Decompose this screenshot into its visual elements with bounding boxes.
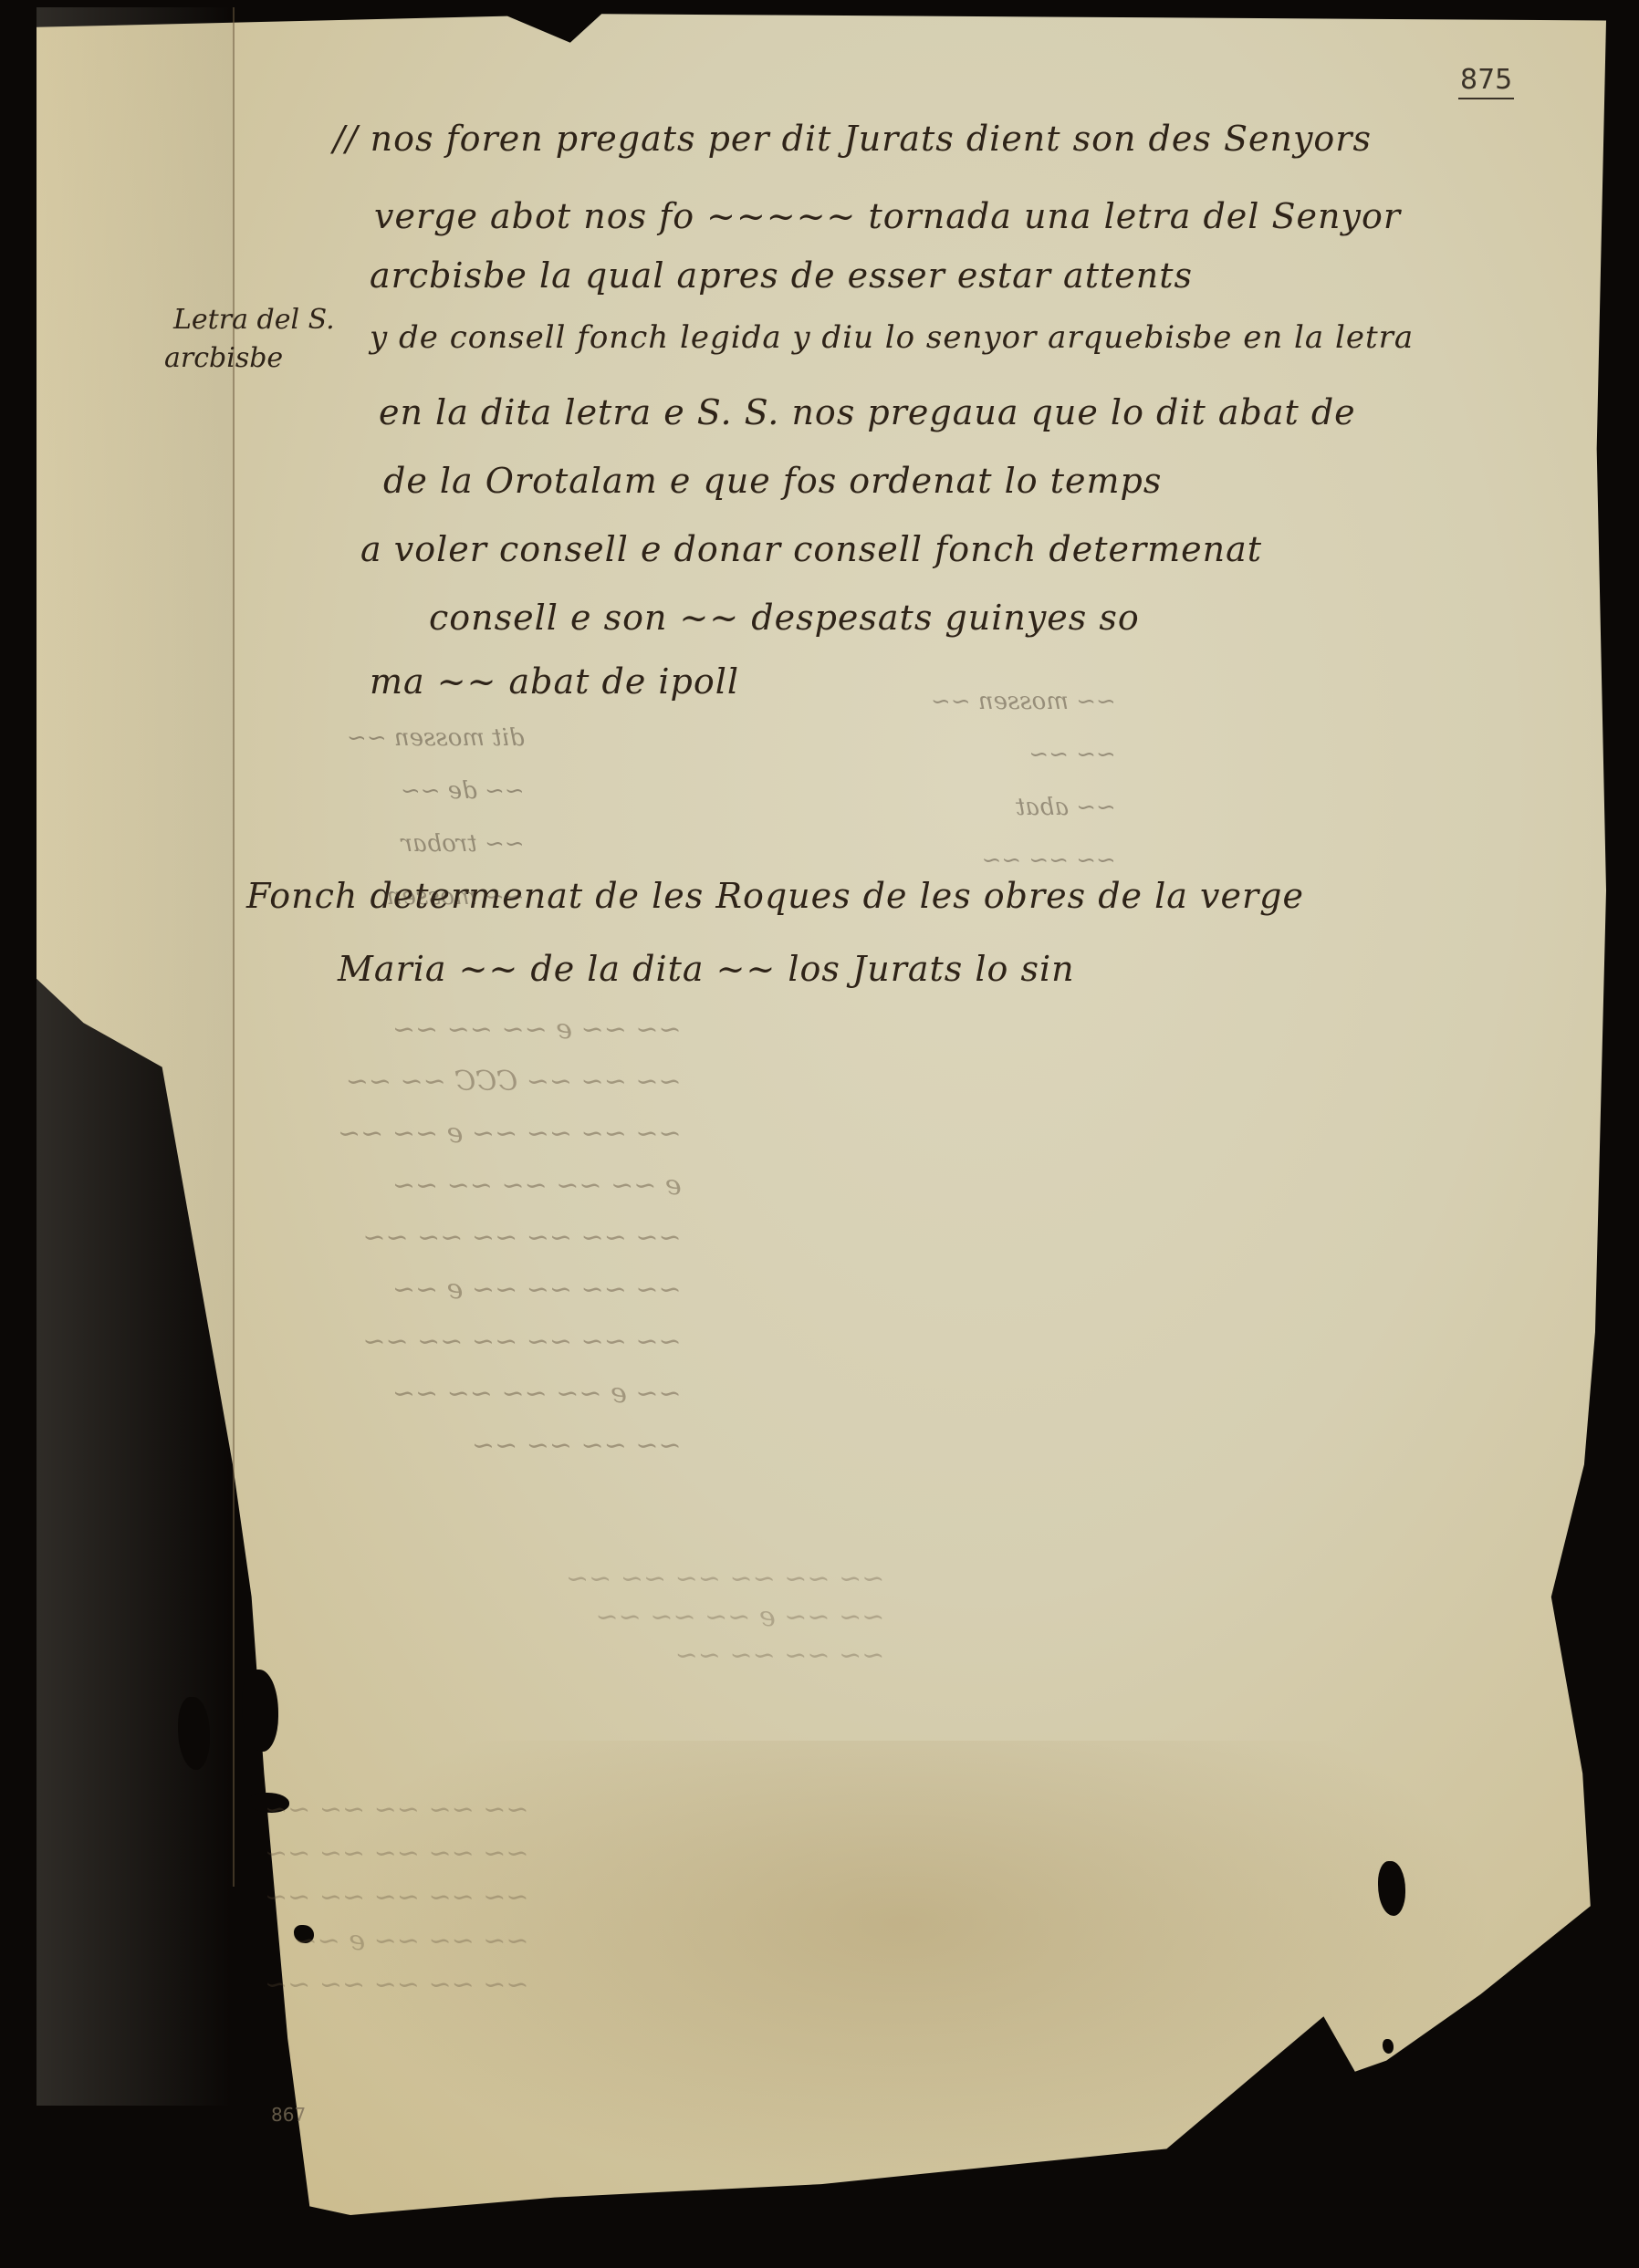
text-line: a voler consell e donar consell fonch de…: [360, 529, 1262, 569]
text-line: de la Orotalam e que fos ordenat lo temp…: [383, 461, 1162, 501]
text-line: verge abot nos fo ~~~~~ tornada una letr…: [374, 196, 1401, 236]
text-line: arcbisbe la qual apres de esser estar at…: [370, 255, 1193, 296]
text-line: // nos foren pregats per dit Jurats dien…: [333, 119, 1372, 159]
text-line: consell e son ~~ despesats guinyes so: [429, 598, 1140, 638]
pencil-page-number: 867: [271, 2104, 306, 2126]
text-line: Maria ~~ de la dita ~~ los Jurats lo sin: [338, 949, 1075, 989]
marginal-note-line: Letra del S.: [173, 301, 335, 339]
text-line: en la dita letra e S. S. nos pregaua que…: [379, 392, 1356, 432]
bleed-through-list: ~~ mossen ~~ ~~ ~~ ~~ abat ~~ ~~ ~~: [931, 675, 1116, 887]
margin-fold-line: [233, 7, 235, 1887]
text-line: y de consell fonch legida y diu lo senyo…: [370, 319, 1414, 356]
folio-number: 875: [1458, 64, 1514, 99]
text-line: ma ~~ abat de ipoll: [370, 661, 739, 702]
bleed-through-paragraph: ~~ ~~ ~~ ~~ ~~ ~~ ~~ ~~ ~~ ~~ ~~ ~~ ~~ ~…: [265, 1788, 529, 2007]
damage-hole: [1383, 2039, 1394, 2054]
bleed-through-list: dit mossen ~~ ~~ de ~~ ~~ trobar ~~ moss…: [347, 712, 525, 923]
damage-hole: [242, 1670, 278, 1752]
bleed-through-paragraph: ~~ ~~ e ~~ ~~ ~~ ~~ ~~ ~~ CCC ~~ ~~ ~~ ~…: [338, 1004, 682, 1472]
marginal-note: Letra del S. arcbisbe: [173, 301, 335, 378]
bleed-through-paragraph: ~~ ~~ ~~ ~~ ~~ ~~ ~~ ~~ e ~~ ~~ ~~ ~~ ~~…: [566, 1560, 884, 1675]
marginal-note-line: arcbisbe: [164, 339, 335, 378]
